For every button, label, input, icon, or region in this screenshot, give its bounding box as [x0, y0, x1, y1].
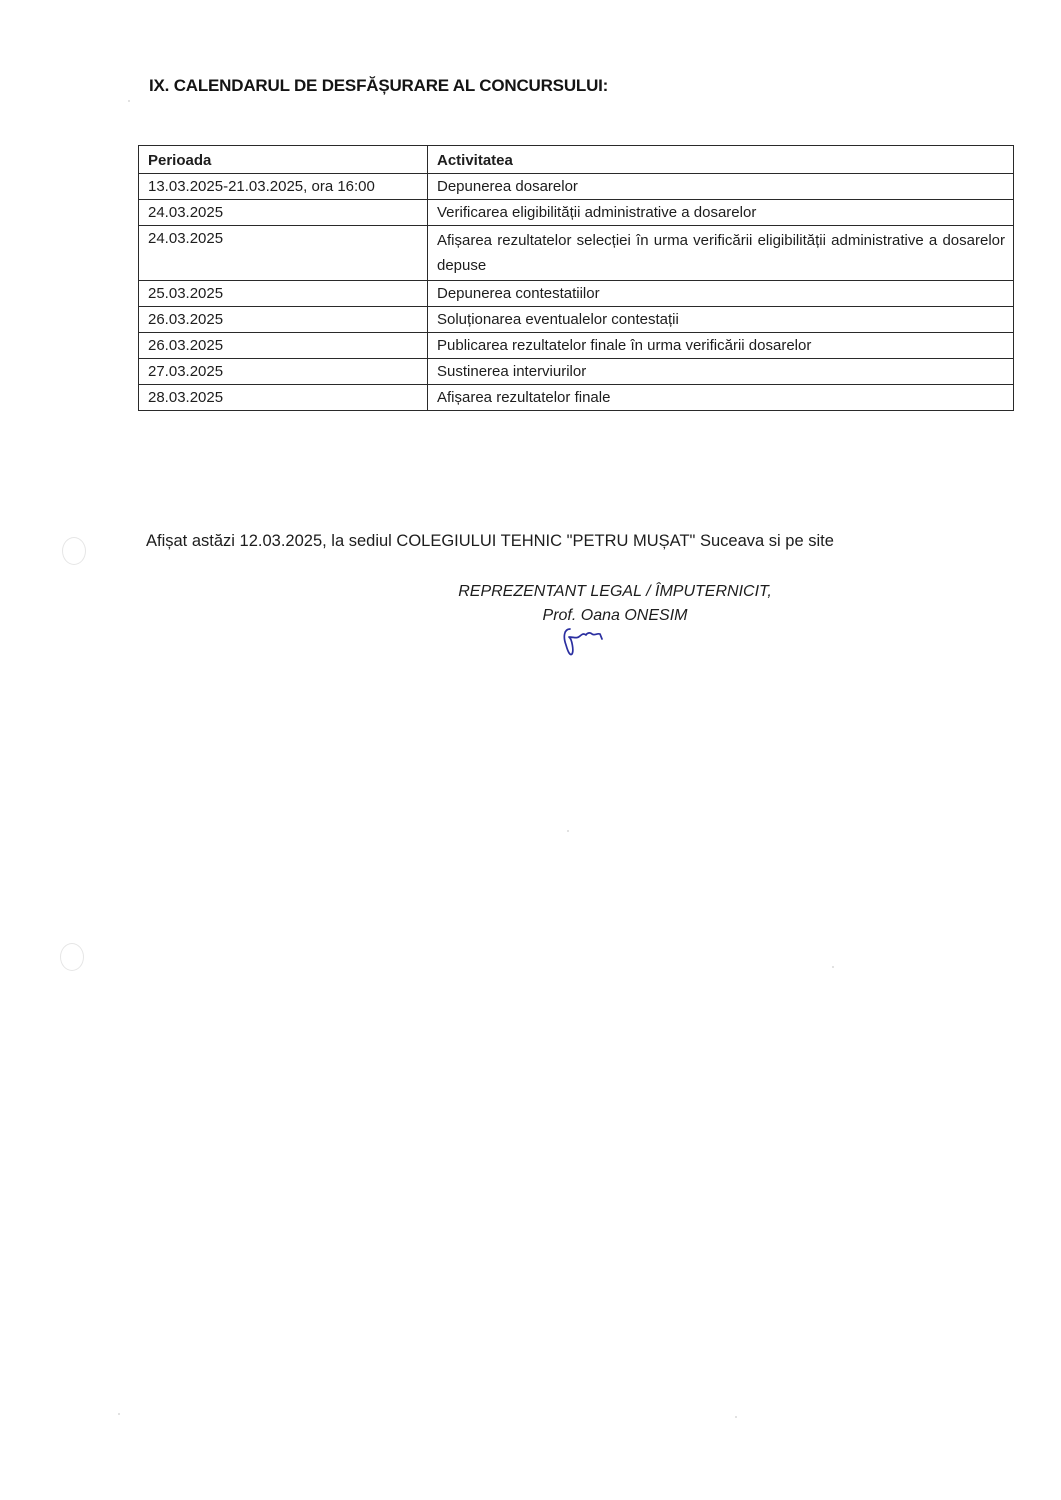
table-row: 25.03.2025 Depunerea contestatiilor	[139, 281, 1014, 307]
activity-cell: Afișarea rezultatelor selecției în urma …	[428, 226, 1014, 281]
column-header-activity: Activitatea	[428, 146, 1014, 174]
period-cell: 27.03.2025	[139, 359, 428, 385]
table-row: 13.03.2025-21.03.2025, ora 16:00 Depuner…	[139, 174, 1014, 200]
scan-speck	[832, 966, 834, 968]
section-title: IX. CALENDARUL DE DESFĂȘURARE AL CONCURS…	[149, 76, 608, 96]
table-row: 26.03.2025 Publicarea rezultatelor final…	[139, 333, 1014, 359]
activity-cell: Verificarea eligibilității administrativ…	[428, 200, 1014, 226]
posting-notice: Afișat astăzi 12.03.2025, la sediul COLE…	[146, 532, 834, 551]
calendar-table: Perioada Activitatea 13.03.2025-21.03.20…	[138, 145, 1014, 411]
column-header-period: Perioada	[139, 146, 428, 174]
activity-cell: Afișarea rezultatelor finale	[428, 385, 1014, 411]
activity-cell: Publicarea rezultatelor finale în urma v…	[428, 333, 1014, 359]
table-row: 28.03.2025 Afișarea rezultatelor finale	[139, 385, 1014, 411]
period-cell: 26.03.2025	[139, 307, 428, 333]
table-row: 24.03.2025 Verificarea eligibilității ad…	[139, 200, 1014, 226]
table-row: 24.03.2025 Afișarea rezultatelor selecți…	[139, 226, 1014, 281]
scan-punch-hole	[60, 943, 84, 971]
scan-speck	[567, 830, 569, 832]
table-header-row: Perioada Activitatea	[139, 146, 1014, 174]
activity-cell: Soluționarea eventualelor contestații	[428, 307, 1014, 333]
scan-speck	[128, 100, 130, 102]
period-cell: 24.03.2025	[139, 226, 428, 281]
scan-speck	[118, 1413, 120, 1415]
period-cell: 26.03.2025	[139, 333, 428, 359]
scan-speck	[735, 1416, 737, 1418]
activity-cell: Sustinerea interviurilor	[428, 359, 1014, 385]
period-cell: 28.03.2025	[139, 385, 428, 411]
handwritten-signature-icon	[560, 625, 610, 659]
table-row: 26.03.2025 Soluționarea eventualelor con…	[139, 307, 1014, 333]
period-cell: 24.03.2025	[139, 200, 428, 226]
activity-cell: Depunerea contestatiilor	[428, 281, 1014, 307]
period-cell: 25.03.2025	[139, 281, 428, 307]
period-cell: 13.03.2025-21.03.2025, ora 16:00	[139, 174, 428, 200]
signatory-name: Prof. Oana ONESIM	[330, 604, 900, 628]
signature-block: REPREZENTANT LEGAL / ÎMPUTERNICIT, Prof.…	[330, 580, 900, 628]
signatory-role: REPREZENTANT LEGAL / ÎMPUTERNICIT,	[330, 580, 900, 604]
activity-cell: Depunerea dosarelor	[428, 174, 1014, 200]
scan-punch-hole	[62, 537, 86, 565]
table-row: 27.03.2025 Sustinerea interviurilor	[139, 359, 1014, 385]
